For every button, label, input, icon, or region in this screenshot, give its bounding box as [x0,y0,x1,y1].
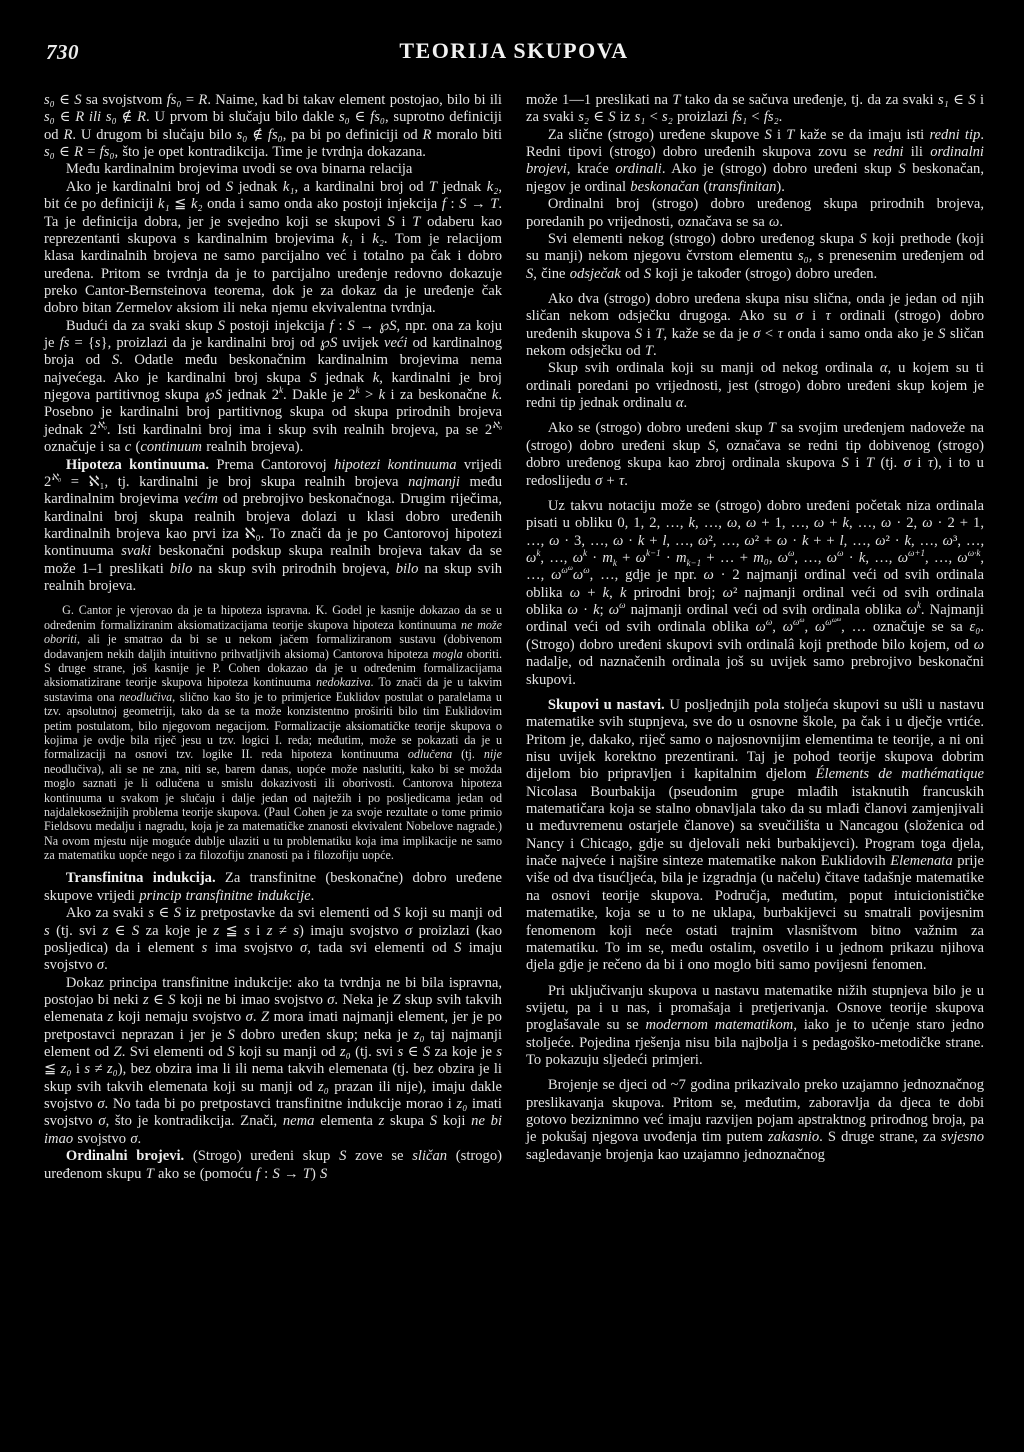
paragraph: Svi elementi nekog (strogo) dobro uređen… [526,231,984,283]
paragraph: Ako za svaki s ∈ S iz pretpostavke da sv… [44,905,502,974]
paragraph: Hipoteza kontinuuma. Prema Cantorovoj hi… [44,457,502,596]
paragraph: Dokaz principa transfinitne indukcije: a… [44,975,502,1149]
page-number: 730 [46,40,79,65]
paragraph: Među kardinalnim brojevima uvodi se ova … [44,161,502,178]
paragraph: Brojenje se djeci od ~7 godina prikaziva… [526,1077,984,1164]
text-columns: s₀ ∈ S sa svojstvom fs₀ = R. Naime, kad … [44,92,984,1183]
paragraph: Za slične (strogo) uređene skupove S i T… [526,127,984,196]
paragraph: Budući da za svaki skup S postoji injekc… [44,318,502,457]
column-left: s₀ ∈ S sa svojstvom fs₀ = R. Naime, kad … [44,92,502,1183]
paragraph: Transfinitna indukcija. Za transfinitne … [44,870,502,905]
book-page: 730 TEORIJA SKUPOVA s₀ ∈ S sa svojstvom … [0,0,1024,1452]
paragraph: Ako se (strogo) dobro uređeni skup T sa … [526,420,984,489]
paragraph: Uz takvu notaciju može se (strogo) dobro… [526,498,984,689]
paragraph: Skupovi u nastavi. U posljednjih pola st… [526,697,984,975]
paragraph: G. Cantor je vjerovao da je ta hipoteza … [44,603,502,862]
page-title: TEORIJA SKUPOVA [44,38,984,64]
paragraph: Ordinalni broj (strogo) dobro uređenog s… [526,196,984,231]
paragraph: Ordinalni brojevi. (Strogo) uređeni skup… [44,1148,502,1183]
paragraph: s₀ ∈ S sa svojstvom fs₀ = R. Naime, kad … [44,92,502,161]
paragraph: Ako dva (strogo) dobro uređena skupa nis… [526,291,984,360]
paragraph: Pri uključivanju skupova u nastavu matem… [526,983,984,1070]
page-header: 730 TEORIJA SKUPOVA [44,38,984,72]
paragraph: može 1—1 preslikati na T tako da se saču… [526,92,984,127]
paragraph: Ako je kardinalni broj od S jednak k₁, a… [44,179,502,318]
paragraph: Skup svih ordinala koji su manji od neko… [526,360,984,412]
column-right: može 1—1 preslikati na T tako da se saču… [526,92,984,1183]
